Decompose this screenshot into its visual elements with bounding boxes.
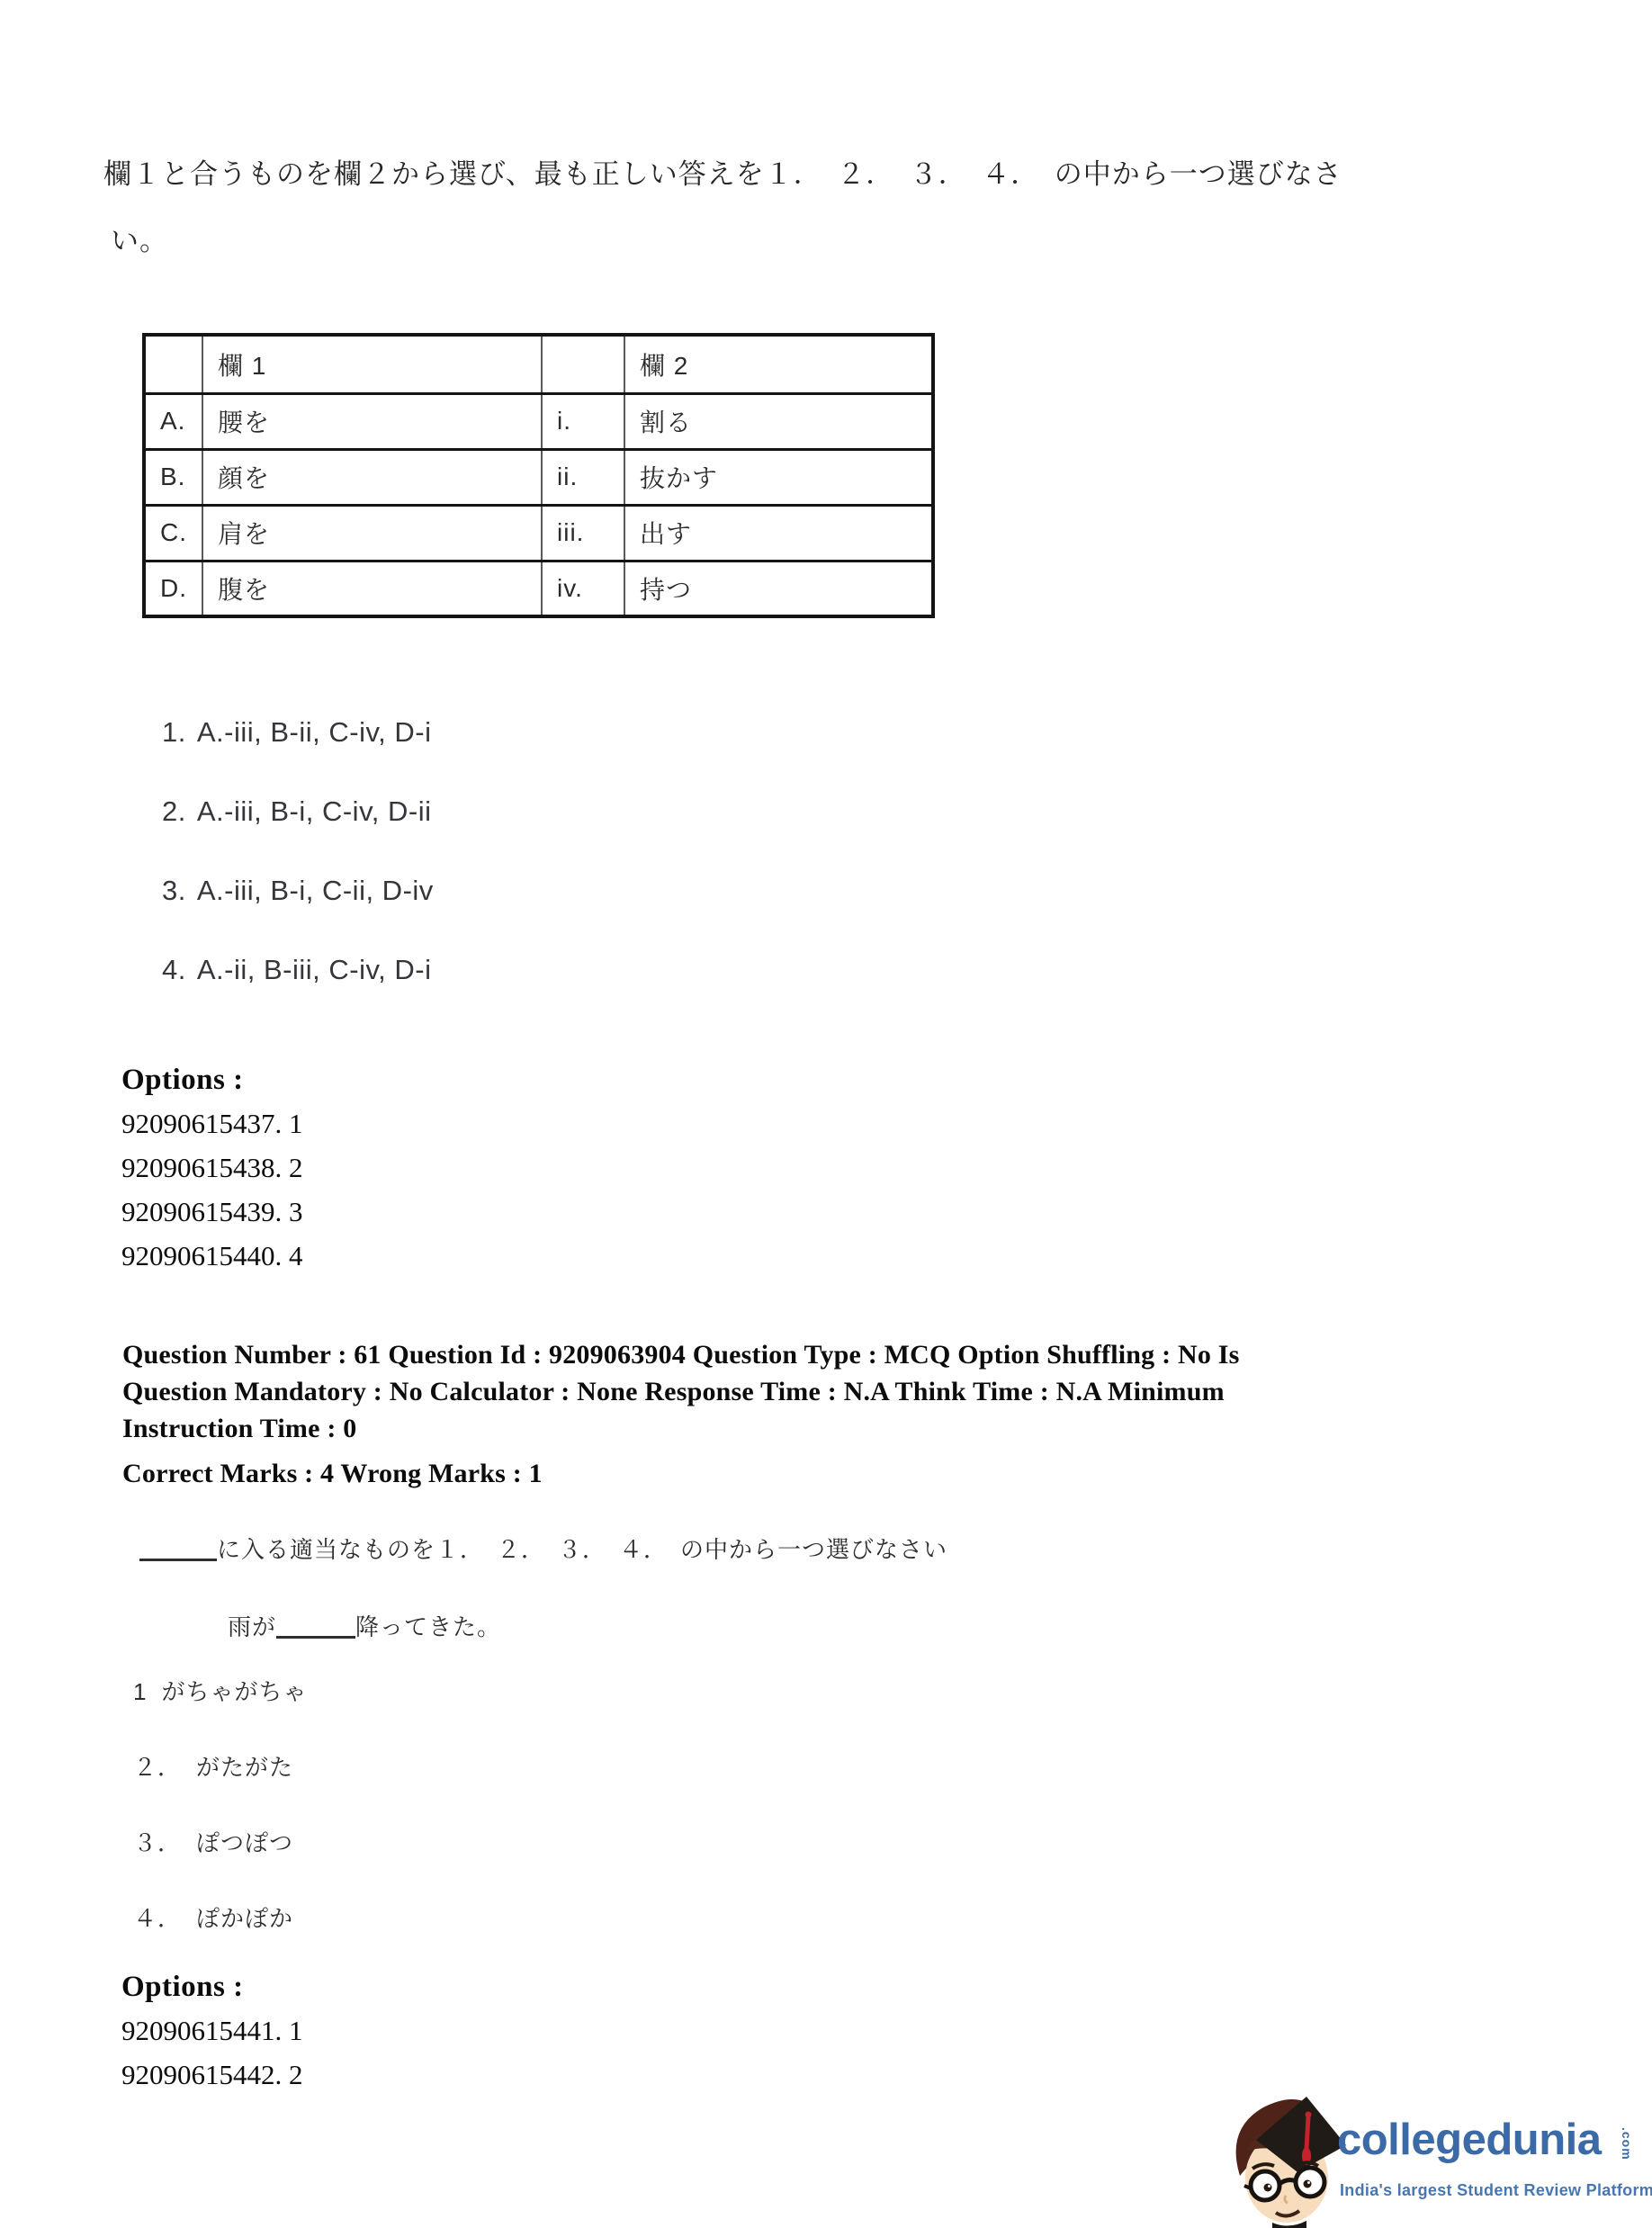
collegedunia-tagline: India's largest Student Review Platform [1340, 2181, 1652, 2200]
choice-text: A.-ii, B-iii, C-iv, D-i [197, 954, 432, 985]
row-roman: iv. [542, 561, 624, 616]
q61-choice-4: ４．ぽかぽか [133, 1902, 307, 1935]
exam-paper-page: 欄１と合うものを欄２から選び、最も正しい答えを１． ２． ３． ４． の中から一… [0, 0, 1652, 2228]
row-label: A. [144, 393, 202, 449]
q60-instruction-line1: 欄１と合うものを欄２から選び、最も正しい答えを１． ２． ３． ４． の中から一… [103, 151, 1342, 192]
choice-number: ２． [133, 1754, 182, 1781]
match-table-header-blank-1 [144, 335, 202, 393]
row-col2-term: 出す [624, 505, 933, 561]
collegedunia-mascot-icon [1229, 2093, 1348, 2228]
q60-options-block: Options : 92090615437. 1 92090615438. 2 … [121, 1058, 303, 1278]
match-table-header-blank-2 [542, 335, 624, 393]
blank-line [139, 1537, 217, 1561]
option-id: 92090615438. 2 [121, 1145, 303, 1190]
sentence-post: 降ってきた。 [355, 1613, 501, 1640]
choice-number: 2. [162, 795, 186, 827]
q61-choice-1: 1がちゃがちゃ [133, 1675, 307, 1708]
meta-line: Instruction Time : 0 [122, 1410, 1239, 1447]
option-id: 92090615439. 3 [121, 1190, 303, 1234]
row-roman: i. [542, 393, 624, 449]
sentence-pre: 雨が [228, 1613, 276, 1640]
row-roman: iii. [542, 505, 624, 561]
choice-text: A.-iii, B-i, C-iv, D-ii [197, 795, 432, 827]
q61-choice-3: ３．ぽつぽつ [133, 1827, 307, 1859]
q61-instruction: に入る適当なものを１． ２． ３． ４． の中から一つ選びなさい [139, 1532, 947, 1565]
row-col1-term: 腹を [202, 561, 542, 616]
options-heading: Options : [121, 1965, 303, 2008]
meta-line: Question Mandatory : No Calculator : Non… [122, 1373, 1239, 1410]
choice-number: ３． [133, 1829, 182, 1856]
choice-text: がたがた [196, 1754, 293, 1781]
table-row: D. 腹を iv. 持つ [144, 561, 933, 616]
choice-number: 1. [162, 716, 186, 748]
choice-number: ４． [133, 1905, 182, 1932]
row-col1-term: 顔を [202, 449, 542, 505]
row-label: D. [144, 561, 202, 616]
options-heading: Options : [121, 1058, 303, 1101]
q60-instruction-line2: い。 [111, 218, 168, 258]
q60-choice-1: 1.A.-iii, B-ii, C-iv, D-i [162, 714, 434, 751]
table-row: A. 腰を i. 割る [144, 393, 933, 449]
choice-text: A.-iii, B-i, C-ii, D-iv [197, 875, 434, 906]
choice-number: 4. [162, 954, 186, 985]
choice-number: 3. [162, 875, 186, 906]
choice-text: ぽかぽか [196, 1905, 293, 1932]
meta-line: Question Number : 61 Question Id : 92090… [122, 1336, 1239, 1373]
choice-text: がちゃがちゃ [161, 1678, 307, 1705]
row-label: B. [144, 449, 202, 505]
q61-options-block: Options : 92090615441. 1 92090615442. 2 [121, 1965, 303, 2097]
q60-choice-3: 3.A.-iii, B-i, C-ii, D-iv [162, 872, 434, 910]
q61-sentence: 雨が降ってきた。 [228, 1609, 501, 1642]
option-id: 92090615437. 1 [121, 1101, 303, 1145]
choice-text: ぽつぽつ [196, 1829, 293, 1856]
collegedunia-tld-text: .com [1620, 2127, 1634, 2161]
collegedunia-logo [1229, 2093, 1348, 2228]
row-col2-term: 持つ [624, 561, 933, 616]
q60-choices: 1.A.-iii, B-ii, C-iv, D-i 2.A.-iii, B-i,… [162, 714, 434, 1030]
q61-metadata: Question Number : 61 Question Id : 92090… [122, 1336, 1239, 1492]
collegedunia-brand-text: collegedunia [1337, 2115, 1602, 2165]
option-id: 92090615442. 2 [121, 2053, 303, 2097]
row-col2-term: 割る [624, 393, 933, 449]
match-table-header-col2: 欄 2 [624, 335, 933, 393]
choice-text: A.-iii, B-ii, C-iv, D-i [197, 716, 432, 748]
row-label: C. [144, 505, 202, 561]
choice-number: 1 [133, 1678, 147, 1705]
table-row: B. 顔を ii. 抜かす [144, 449, 933, 505]
match-table-header-col1: 欄 1 [202, 335, 542, 393]
option-id: 92090615440. 4 [121, 1234, 303, 1278]
row-col2-term: 抜かす [624, 449, 933, 505]
match-table: 欄 1 欄 2 A. 腰を i. 割る B. 顔を ii. 抜かす C. 肩を … [142, 333, 935, 618]
q60-choice-2: 2.A.-iii, B-i, C-iv, D-ii [162, 793, 434, 831]
q61-instruction-text: に入る適当なものを１． ２． ３． ４． の中から一つ選びなさい [217, 1536, 947, 1563]
option-id: 92090615441. 1 [121, 2008, 303, 2053]
marks-line: Correct Marks : 4 Wrong Marks : 1 [122, 1455, 1239, 1492]
row-roman: ii. [542, 449, 624, 505]
q60-choice-4: 4.A.-ii, B-iii, C-iv, D-i [162, 951, 434, 989]
row-col1-term: 腰を [202, 393, 542, 449]
match-table-header-row: 欄 1 欄 2 [144, 335, 933, 393]
table-row: C. 肩を iii. 出す [144, 505, 933, 561]
q61-choices: 1がちゃがちゃ ２．がたがた ３．ぽつぽつ ４．ぽかぽか [133, 1675, 307, 1978]
row-col1-term: 肩を [202, 505, 542, 561]
q61-choice-2: ２．がたがた [133, 1751, 307, 1783]
blank-line [276, 1614, 355, 1639]
